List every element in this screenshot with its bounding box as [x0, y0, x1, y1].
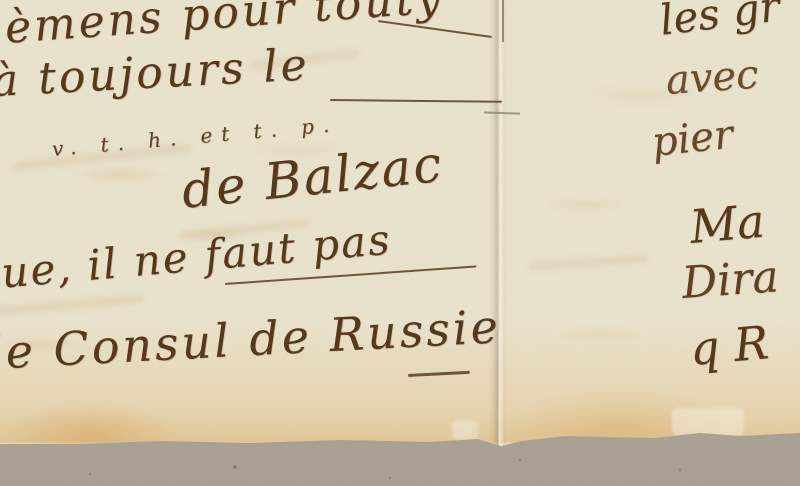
handwriting-line-left-6-consul-de-russie: le Consul de Russie	[0, 299, 502, 380]
ink-flourish-stroke	[330, 99, 502, 103]
handwriting-line-right-1: les gr	[657, 0, 782, 45]
handwriting-line-right-3: pier	[650, 112, 736, 166]
signature-de-balzac: de Balzac	[179, 135, 446, 220]
ink-showthrough-smudge	[0, 293, 144, 316]
photograph-of-manuscript: ièmens pour touty à toujours le v. t. h.…	[0, 0, 800, 486]
handwriting-line-right-4: Ma	[688, 194, 767, 254]
handwriting-line-right-5: Dira	[680, 251, 780, 309]
letter-paper: ièmens pour touty à toujours le v. t. h.…	[0, 0, 800, 446]
paper-edge-chip	[672, 408, 744, 436]
ink-trailing-dash	[408, 371, 470, 377]
handwriting-line-right-2: avec	[664, 52, 760, 104]
handwriting-line-right-6: q R	[688, 315, 771, 376]
handwriting-line-left-5: lue, il ne faut pas	[0, 215, 393, 299]
crease-hairline	[502, 0, 504, 42]
paper-edge-chip	[452, 420, 478, 440]
ink-showthrough-smudge	[528, 254, 648, 271]
